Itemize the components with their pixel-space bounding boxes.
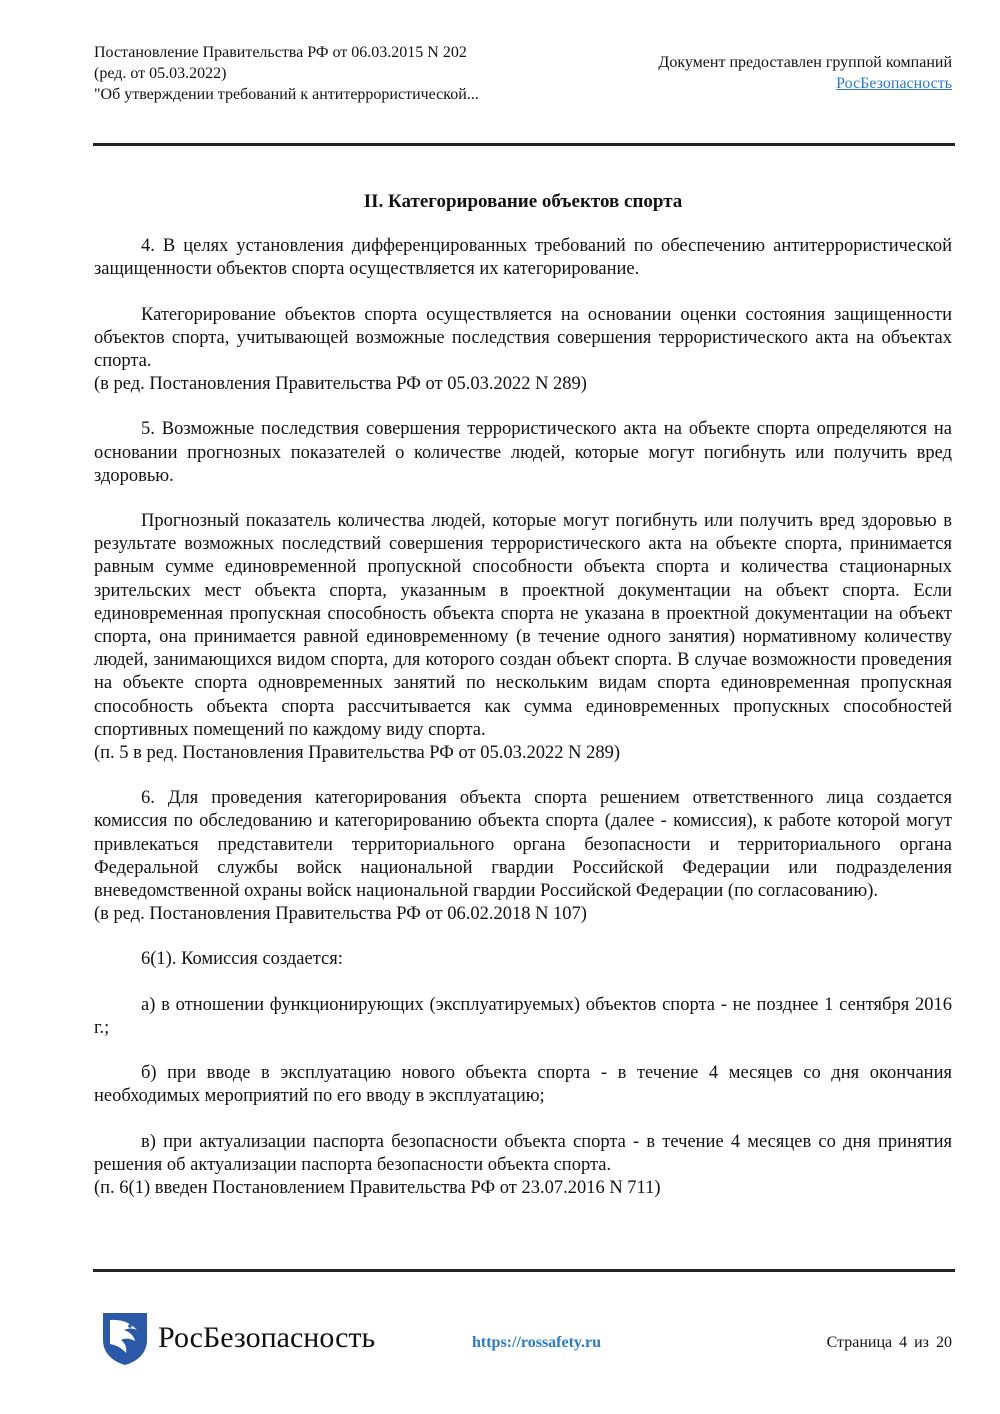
paragraph: б) при вводе в эксплуатацию нового объек… (94, 1062, 952, 1108)
paragraph: 6. Для проведения категорирования объект… (94, 787, 952, 903)
document-body: II. Категорирование объектов спорта 4. В… (94, 190, 952, 1200)
paragraph: Категорирование объектов спорта осуществ… (94, 304, 952, 374)
document-provider: Документ предоставлен группой компаний Р… (658, 52, 952, 94)
amendment-note: (в ред. Постановления Правительства РФ о… (94, 373, 952, 396)
provider-link[interactable]: РосБезопасность (836, 75, 952, 92)
section-title: II. Категорирование объектов спорта (94, 190, 952, 213)
amendment-note: (п. 6(1) введен Постановлением Правитель… (94, 1177, 952, 1200)
page-number: Страница 4 из 20 (827, 1334, 952, 1352)
eagle-shield-icon (100, 1310, 150, 1366)
header-divider (93, 143, 955, 146)
footer-divider (93, 1269, 955, 1272)
provider-text: Документ предоставлен группой компаний (658, 52, 952, 73)
header-line: "Об утверждении требований к антитеррори… (94, 84, 479, 105)
site-link[interactable]: https://rossafety.ru (472, 1334, 601, 1352)
logo-text: РосБезопасность (158, 1321, 375, 1355)
company-logo[interactable]: РосБезопасность (100, 1310, 375, 1366)
paragraph: в) при актуализации паспорта безопасност… (94, 1131, 952, 1177)
amendment-note: (в ред. Постановления Правительства РФ о… (94, 903, 952, 926)
header-line: (ред. от 05.03.2022) (94, 63, 479, 84)
header-line: Постановление Правительства РФ от 06.03.… (94, 42, 479, 63)
paragraph: 5. Возможные последствия совершения терр… (94, 418, 952, 488)
paragraph: 4. В целях установления дифференцированн… (94, 235, 952, 281)
paragraph: Прогнозный показатель количества людей, … (94, 510, 952, 742)
page-footer: РосБезопасность https://rossafety.ru Стр… (100, 1310, 955, 1370)
paragraph: 6(1). Комиссия создается: (94, 948, 952, 971)
paragraph: а) в отношении функционирующих (эксплуат… (94, 994, 952, 1040)
document-header-title: Постановление Правительства РФ от 06.03.… (94, 42, 479, 105)
amendment-note: (п. 5 в ред. Постановления Правительства… (94, 742, 952, 765)
